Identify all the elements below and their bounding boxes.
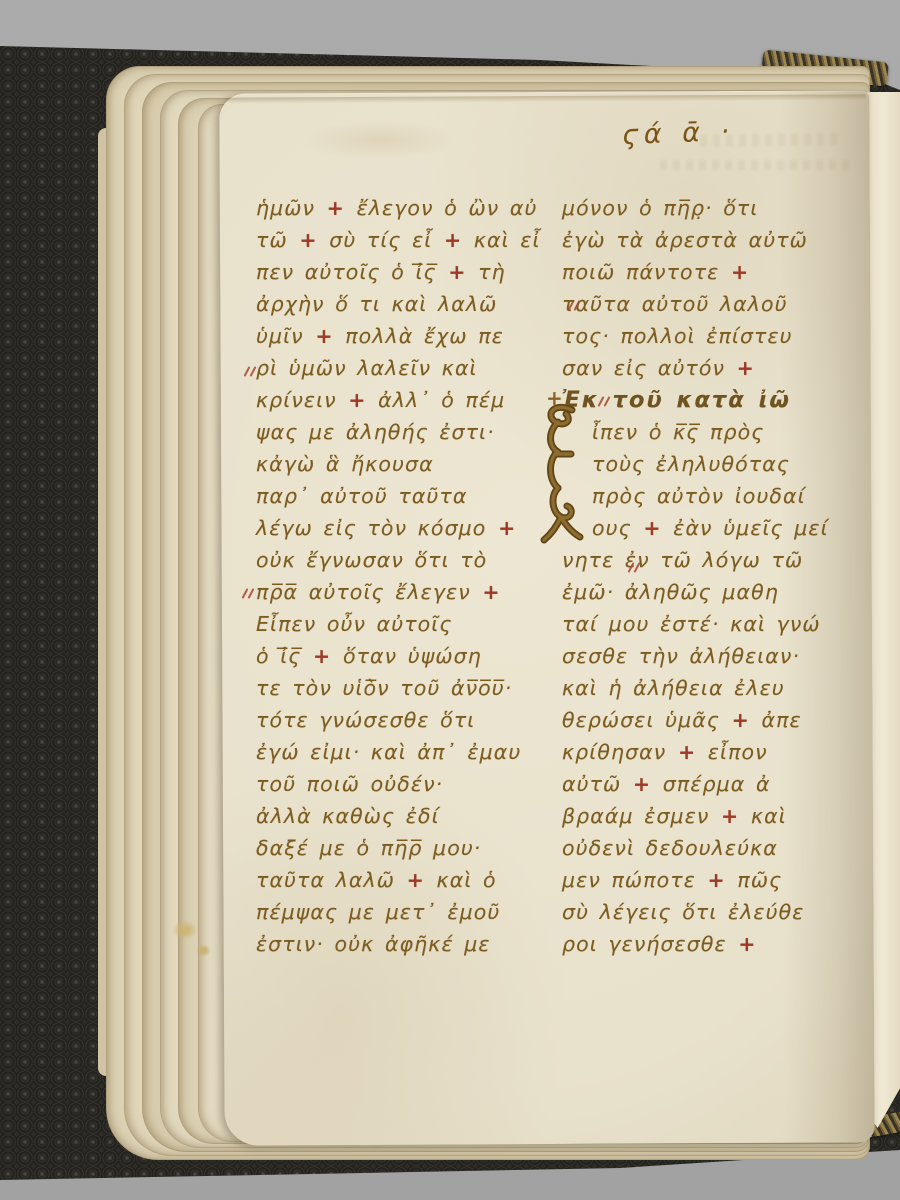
kai-abbreviation-mark — [630, 562, 644, 572]
manuscript-line: σαν εἰς αὐτόν + — [562, 352, 858, 384]
manuscript-line: δαξέ με ὁ πη̅ρ̅ μου· — [256, 832, 552, 864]
manuscript-line: πέμψας με μετ᾽ ἐμοῦ — [256, 896, 552, 928]
manuscript-line: ψας με ἀληθής ἐστι· — [256, 416, 552, 448]
red-cross-mark: + — [347, 388, 367, 412]
manuscript-line: πρ̅α̅ αὐτοῖς ἔλεγεν + — [256, 576, 552, 608]
red-cross-mark: + — [481, 580, 501, 604]
manuscript-line: τε τὸν υἱὸ̅ν τοῦ ἀν̅ο̅υ̅· — [256, 672, 552, 704]
parchment-stain — [196, 944, 211, 957]
manuscript-line: κρίνειν + ἀλλ᾽ ὁ πέμ — [256, 384, 552, 416]
manuscript-line: πεν αὐτοῖς ὁ ἰ̅ς̅ + τὴ — [256, 256, 552, 288]
manuscript-line: μεν πώποτε + πῶς — [562, 864, 858, 896]
decorated-initial-epsilon — [540, 400, 584, 548]
manuscript-line: ταῦτα λαλῶ + καὶ ὁ — [256, 864, 552, 896]
manuscript-line: ἀρχὴν ὅ τι καὶ λαλῶ — [256, 288, 552, 320]
red-cross-mark: + — [326, 196, 346, 220]
manuscript-line: οὐδενὶ δεδουλεύκα — [562, 832, 858, 864]
manuscript-line: ἐστιν· οὐκ ἀφῆκέ με — [256, 928, 552, 960]
red-cross-mark: + — [497, 516, 517, 540]
red-cross-mark: + — [443, 228, 463, 252]
manuscript-line: κἀγὼ ἃ ἤκουσα — [256, 448, 552, 480]
manuscript-line: ἐμῶ· ἀληθῶς μαθη — [562, 576, 858, 608]
ink-bleedthrough — [660, 160, 850, 170]
manuscript-line: ταί μου ἐστέ· καὶ γνώ — [562, 608, 858, 640]
manuscript-line: οὐκ ἔγνωσαν ὅτι τὸ — [256, 544, 552, 576]
text-column-right: μόνον ὁ πη̅ρ̣· ὅτιἐγὼ τὰ ἀρεστὰ αὐτῶποιῶ… — [562, 192, 858, 960]
manuscript-line: σὺ λέγεις ὅτι ἐλεύθε — [562, 896, 858, 928]
manuscript-line: ὁ ἰ̅ς̅ + ὅταν ὑψώση — [256, 640, 552, 672]
manuscript-line: ους + ἐὰν ὑμεῖς μεί — [562, 512, 858, 544]
manuscript-line: ποιῶ πάντοτε + — [562, 256, 858, 288]
manuscript-photo: ϛά ᾱ · ἡμῶν + ἔλεγον ὁ ὢν αὐτῶ + σὺ τίς … — [0, 0, 900, 1200]
red-cross-mark: + — [298, 228, 318, 252]
manuscript-line: ροι γενήσεσθε + — [562, 928, 858, 960]
manuscript-line: λέγω εἰς τὸν κόσμο + — [256, 512, 552, 544]
kai-abbreviation-mark — [600, 396, 614, 406]
red-cross-mark: + — [642, 516, 662, 540]
manuscript-line: βραάμ ἐσμεν + καὶ — [562, 800, 858, 832]
manuscript-line: ὑμῖν + πολλὰ ἔχω πε — [256, 320, 552, 352]
manuscript-line: ρὶ ὑμῶν λαλεῖν καὶ — [256, 352, 552, 384]
manuscript-line: πρὸς αὐτὸν ἰουδαί — [562, 480, 858, 512]
red-cross-mark: + — [707, 868, 727, 892]
red-cross-mark: + — [730, 260, 750, 284]
manuscript-line: μόνον ὁ πη̅ρ̣· ὅτι — [562, 192, 858, 224]
manuscript-line: ἐγώ εἰμι· καὶ ἀπ᾽ ἐμαυ — [256, 736, 552, 768]
manuscript-line: καὶ ἡ ἀλήθεια ἐλευ — [562, 672, 858, 704]
manuscript-line: αὐτῶ + σπέρμα ἀ — [562, 768, 858, 800]
manuscript-line: Εἶπεν οὖν αὐτοῖς — [256, 608, 552, 640]
manuscript-line: τότε γνώσεσθε ὅτι — [256, 704, 552, 736]
manuscript-line: τος· πολλοὶ ἐπίστευ — [562, 320, 858, 352]
red-cross-mark: + — [447, 260, 467, 284]
kai-abbreviation-mark — [570, 300, 584, 310]
red-cross-mark: + — [677, 740, 697, 764]
quire-folio-mark: ϛά ᾱ · — [621, 116, 735, 151]
parchment-stain — [172, 920, 198, 940]
manuscript-line: κρίθησαν + εἶπον — [562, 736, 858, 768]
manuscript-line: τῶ + σὺ τίς εἶ + καὶ εἶ — [256, 224, 552, 256]
manuscript-line: τοῦ ποιῶ οὐδέν· — [256, 768, 552, 800]
parchment-stain — [300, 120, 460, 160]
manuscript-line: ἶπεν ὁ κ̅ς̅ πρὸς — [562, 416, 858, 448]
kai-abbreviation-mark — [246, 366, 260, 376]
manuscript-line: ἡμῶν + ἔλεγον ὁ ὢν αὐ — [256, 192, 552, 224]
manuscript-line: τοὺς ἐληλυθότας — [562, 448, 858, 480]
red-cross-mark: + — [720, 804, 740, 828]
text-column-left: ἡμῶν + ἔλεγον ὁ ὢν αὐτῶ + σὺ τίς εἶ + κα… — [256, 192, 552, 960]
red-cross-mark: + — [737, 932, 757, 956]
manuscript-line: ἐγὼ τὰ ἀρεστὰ αὐτῶ — [562, 224, 858, 256]
manuscript-line: ἀλλὰ καθὼς ἐδί — [256, 800, 552, 832]
red-cross-mark: + — [632, 772, 652, 796]
red-cross-mark: + — [312, 644, 332, 668]
manuscript-line: σεσθε τὴν ἀλήθειαν· — [562, 640, 858, 672]
manuscript-line: ταῦτα αὐτοῦ λαλοῦ — [562, 288, 858, 320]
manuscript-line: παρ᾽ αὐτοῦ ταῦτα — [256, 480, 552, 512]
red-cross-mark: + — [731, 708, 751, 732]
red-cross-mark: + — [736, 356, 756, 380]
red-cross-mark: + — [314, 324, 334, 348]
manuscript-line: θερώσει ὑμᾶς + ἀπε — [562, 704, 858, 736]
manuscript-line: νητε ἐν τῶ λόγω τῶ — [562, 544, 858, 576]
red-cross-mark: + — [406, 868, 426, 892]
kai-abbreviation-mark — [244, 588, 258, 598]
